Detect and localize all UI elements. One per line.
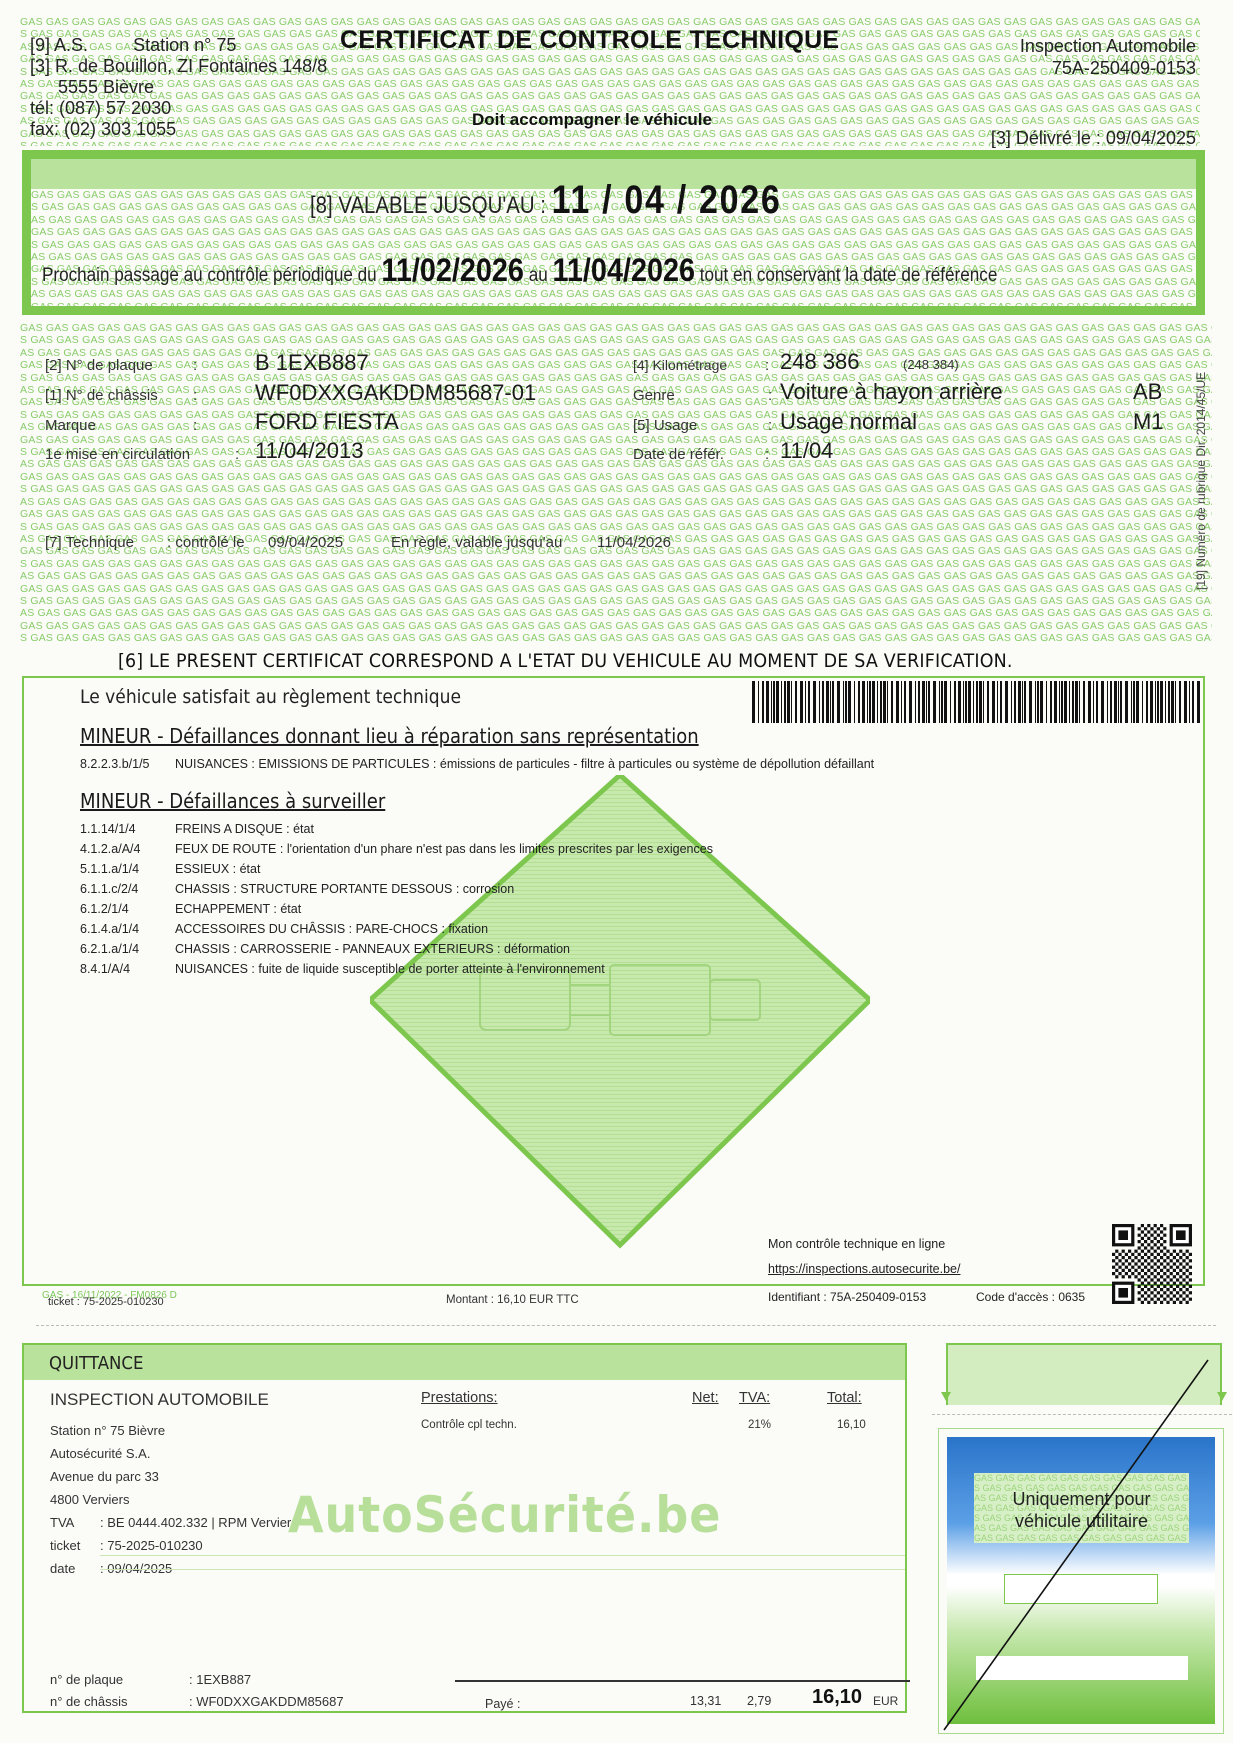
technical-controlled: : contrôlé le bbox=[167, 534, 245, 551]
defect-row: 6.2.1.a/1/4CHASSIS : CARROSSERIE - PANNE… bbox=[80, 942, 570, 956]
paid-currency: EUR bbox=[873, 1694, 898, 1708]
amount: Montant : 16,10 EUR TTC bbox=[446, 1294, 579, 1306]
certificate-statement: [6] LE PRESENT CERTIFICAT CORRESPOND A L… bbox=[118, 650, 1013, 672]
next-inspection-suffix: tout en conservant la date de référence bbox=[700, 265, 998, 286]
defect-row: 6.1.1.c/2/4CHASSIS : STRUCTURE PORTANTE … bbox=[80, 882, 514, 896]
certificate-header-right: Inspection Automobile 75A-250409-0153 bbox=[1020, 35, 1196, 79]
defect-code: 6.1.4.a/1/4 bbox=[80, 922, 175, 936]
colon: : bbox=[765, 357, 769, 374]
reference-date-value: 11/04 bbox=[780, 438, 833, 464]
plate-label: [2] N° de plaque bbox=[45, 357, 153, 374]
next-inspection-from: 11/02/2026 bbox=[381, 252, 524, 288]
km-label: [4] Kilométrage bbox=[633, 357, 727, 373]
next-inspection: Prochain passage au contrôle périodique … bbox=[42, 252, 997, 289]
receipt-company: Autosécurité S.A. bbox=[50, 1446, 150, 1461]
station-code: [9] A.S. bbox=[30, 35, 88, 55]
logo-belt bbox=[100, 1569, 905, 1570]
chassis-label: n° de châssis bbox=[50, 1694, 189, 1709]
colon: : bbox=[768, 417, 772, 434]
defect-text: ESSIEUX : état bbox=[175, 862, 260, 876]
plate-value: B 1EXB887 bbox=[255, 350, 369, 376]
service-total: 16,10 bbox=[837, 1419, 866, 1431]
technical-status-date: 11/04/2026 bbox=[597, 534, 671, 551]
paid-label: Payé : bbox=[485, 1697, 520, 1711]
defect-text: NUISANCES : fuite de liquide susceptible… bbox=[175, 962, 605, 976]
station-address: [3] R. de Bouillon, ZI Fontaines 148/8 bbox=[30, 56, 327, 77]
defect-code: 8.2.2.3.b/1/5 bbox=[80, 757, 175, 771]
colon: : bbox=[765, 446, 769, 463]
defect-code: 5.1.1.a/1/4 bbox=[80, 862, 175, 876]
first-registration-label: 1e mise en circulation bbox=[45, 446, 190, 463]
colon: : bbox=[193, 387, 197, 404]
km-value: 248 386 bbox=[780, 349, 860, 375]
tear-line bbox=[36, 1325, 1216, 1326]
ticket-label: ticket bbox=[50, 1538, 100, 1553]
colon: : bbox=[768, 387, 772, 404]
defect-text: CHASSIS : STRUCTURE PORTANTE DESSOUS : c… bbox=[175, 882, 514, 896]
receipt-street: Avenue du parc 33 bbox=[50, 1469, 159, 1484]
next-inspection-between: au bbox=[529, 265, 548, 286]
colon: : bbox=[235, 446, 239, 463]
reference-date-label: Date de référ. bbox=[633, 446, 724, 463]
colon: : bbox=[193, 357, 197, 374]
validity-box bbox=[22, 150, 1205, 315]
plate-value: : 1EXB887 bbox=[189, 1672, 251, 1687]
col-vat: TVA: bbox=[739, 1390, 770, 1406]
technical-label: [7] Technique bbox=[45, 534, 134, 551]
genre-value: Voiture à hayon arrière bbox=[780, 379, 1003, 405]
defect-row: 1.1.14/1/4FREINS A DISQUE : état bbox=[80, 822, 314, 836]
col-net: Net: bbox=[692, 1390, 719, 1406]
valid-until-label: [8] VALABLE JUSQU'AU : bbox=[310, 192, 546, 219]
col-total: Total: bbox=[827, 1390, 862, 1406]
defect-row: 5.1.1.a/1/4ESSIEUX : état bbox=[80, 862, 260, 876]
page-title: CERTIFICAT DE CONTROLE TECHNIQUE bbox=[340, 26, 839, 55]
tva-label: TVA bbox=[50, 1515, 100, 1530]
paid-vat: 2,79 bbox=[747, 1694, 771, 1708]
defect-text: ACCESSOIRES DU CHÂSSIS : PARE-CHOCS : fi… bbox=[175, 922, 488, 936]
defect-text: FREINS A DISQUE : état bbox=[175, 822, 314, 836]
station-phone: tél: (087) 57 2030 bbox=[30, 98, 327, 119]
border-right bbox=[1203, 676, 1205, 1286]
chassis-label: [1] N° de châssis bbox=[45, 387, 158, 404]
defect-code: 6.1.2/1/4 bbox=[80, 902, 175, 916]
brand-label: Marque bbox=[45, 417, 96, 434]
brand-value: FORD FIESTA bbox=[255, 409, 399, 435]
defect-row: 4.1.2.a/A/4FEUX DE ROUTE : l'orientation… bbox=[80, 842, 713, 856]
receipt-ticket: ticket: 75-2025-010230 bbox=[50, 1538, 203, 1553]
usage-label: [5] Usage bbox=[633, 417, 697, 434]
online-url-link[interactable]: https://inspections.autosecurite.be/ bbox=[768, 1262, 960, 1276]
colon: : bbox=[193, 417, 197, 434]
defect-code: 6.2.1.a/1/4 bbox=[80, 942, 175, 956]
receipt-chassis: n° de châssis: WF0DXXGAKDDM85687 bbox=[50, 1694, 344, 1709]
defect-row: 8.2.2.3.b/1/5NUISANCES : EMISSIONS DE PA… bbox=[80, 757, 874, 771]
online-title: Mon contrôle technique en ligne bbox=[768, 1237, 945, 1251]
organization-name: Inspection Automobile bbox=[1020, 35, 1196, 57]
defect-row: 8.4.1/A/4NUISANCES : fuite de liquide su… bbox=[80, 962, 605, 976]
watermark-vehicle: GAS GAS GAS GAS GAS GAS GAS GAS GAS GAS … bbox=[20, 322, 1212, 644]
barcode bbox=[752, 681, 1202, 723]
defect-text: ECHAPPEMENT : état bbox=[175, 902, 301, 916]
first-registration-value: 11/04/2013 bbox=[255, 438, 363, 464]
ticket-number: ticket : 75-2025-010230 bbox=[48, 1296, 164, 1308]
border-left bbox=[22, 676, 24, 1286]
date-label: date bbox=[50, 1561, 100, 1576]
next-inspection-prefix: Prochain passage au contrôle périodique … bbox=[42, 265, 377, 286]
receipt-org: INSPECTION AUTOMOBILE bbox=[50, 1390, 269, 1410]
qr-code[interactable] bbox=[1112, 1224, 1192, 1304]
station-fax: fax: (02) 303 1055 bbox=[30, 119, 327, 140]
usage-value: Usage normal bbox=[780, 409, 917, 435]
logo-belt bbox=[100, 1555, 905, 1556]
defect-group-title: MINEUR - Défaillances donnant lieu à rép… bbox=[80, 724, 699, 748]
genre-code: AB bbox=[1133, 379, 1162, 405]
tva-value: : BE 0444.402.332 | RPM Verviers bbox=[100, 1515, 298, 1530]
receipt-title: QUITTANCE bbox=[49, 1353, 143, 1374]
genre-label: Genre bbox=[633, 387, 675, 404]
total-line bbox=[455, 1680, 910, 1682]
receipt-tva: TVA: BE 0444.402.332 | RPM Verviers bbox=[50, 1515, 298, 1530]
technical-status: En règle, valable jusqu'au bbox=[391, 534, 562, 551]
col-services: Prestations: bbox=[421, 1390, 498, 1406]
defect-code: 8.4.1/A/4 bbox=[80, 962, 175, 976]
verdict: Le véhicule satisfait au règlement techn… bbox=[80, 686, 461, 708]
defect-text: FEUX DE ROUTE : l'orientation d'un phare… bbox=[175, 842, 713, 856]
defect-row: 6.1.4.a/1/4ACCESSOIRES DU CHÂSSIS : PARE… bbox=[80, 922, 488, 936]
defect-text: CHASSIS : CARROSSERIE - PANNEAUX EXTERIE… bbox=[175, 942, 570, 956]
valid-until-date: 11 / 04 / 2026 bbox=[552, 178, 782, 222]
delivery-date: [3] Délivré le : 09/04/2025 bbox=[991, 128, 1196, 149]
receipt-station: Station n° 75 Bièvre bbox=[50, 1423, 165, 1438]
plate-label: n° de plaque bbox=[50, 1672, 189, 1687]
station-name: Station n° 75 bbox=[133, 35, 236, 55]
defect-code: 4.1.2.a/A/4 bbox=[80, 842, 175, 856]
access-code: Code d'accès : 0635 bbox=[976, 1290, 1085, 1304]
paid-total: 16,10 bbox=[812, 1686, 862, 1709]
defect-row: 6.1.2/1/4ECHAPPEMENT : état bbox=[80, 902, 301, 916]
divider bbox=[22, 676, 1205, 678]
certificate-number: 75A-250409-0153 bbox=[1020, 57, 1196, 79]
category-code: M1 bbox=[1133, 409, 1164, 435]
autosecurite-logo: AutoSécurité.be bbox=[288, 1486, 721, 1544]
valid-until: [8] VALABLE JUSQU'AU : 11 / 04 / 2026 bbox=[310, 178, 781, 223]
defect-code: 6.1.1.c/2/4 bbox=[80, 882, 175, 896]
service-line: Contrôle cpl techn. bbox=[421, 1419, 517, 1431]
paid-net: 13,31 bbox=[690, 1694, 721, 1708]
ticket-value: : 75-2025-010230 bbox=[100, 1538, 203, 1553]
cross-out-line bbox=[938, 1350, 1228, 1740]
chassis-value: : WF0DXXGAKDDM85687 bbox=[189, 1694, 344, 1709]
defect-code: 1.1.14/1/4 bbox=[80, 822, 175, 836]
station-city: 5555 Bièvre bbox=[30, 77, 327, 98]
receipt-plate: n° de plaque: 1EXB887 bbox=[50, 1672, 251, 1687]
chassis-value: WF0DXXGAKDDM85687-01 bbox=[255, 380, 536, 406]
station-info: [9] A.S. Station n° 75 [3] R. de Bouillo… bbox=[30, 35, 327, 140]
technical-control-date: 09/04/2025 bbox=[268, 534, 343, 551]
border-bottom bbox=[22, 1284, 1205, 1286]
side-note-text: [19] Numéro de rubrique Dir. 2014/45/UE bbox=[1194, 372, 1208, 590]
side-note: [19] Numéro de rubrique Dir. 2014/45/UE bbox=[1194, 330, 1214, 590]
defect-text: NUISANCES : EMISSIONS DE PARTICULES : ém… bbox=[175, 757, 874, 771]
next-inspection-to: 11/04/2026 bbox=[552, 252, 695, 288]
defect-group-title: MINEUR - Défaillances à surveiller bbox=[80, 789, 385, 813]
identifier: Identifiant : 75A-250409-0153 bbox=[768, 1290, 926, 1304]
service-vat: 21% bbox=[748, 1419, 771, 1431]
km-previous: (248 384) bbox=[903, 357, 959, 372]
document-subtitle: Doit accompagner le véhicule bbox=[472, 110, 712, 130]
receipt-city: 4800 Verviers bbox=[50, 1492, 130, 1507]
